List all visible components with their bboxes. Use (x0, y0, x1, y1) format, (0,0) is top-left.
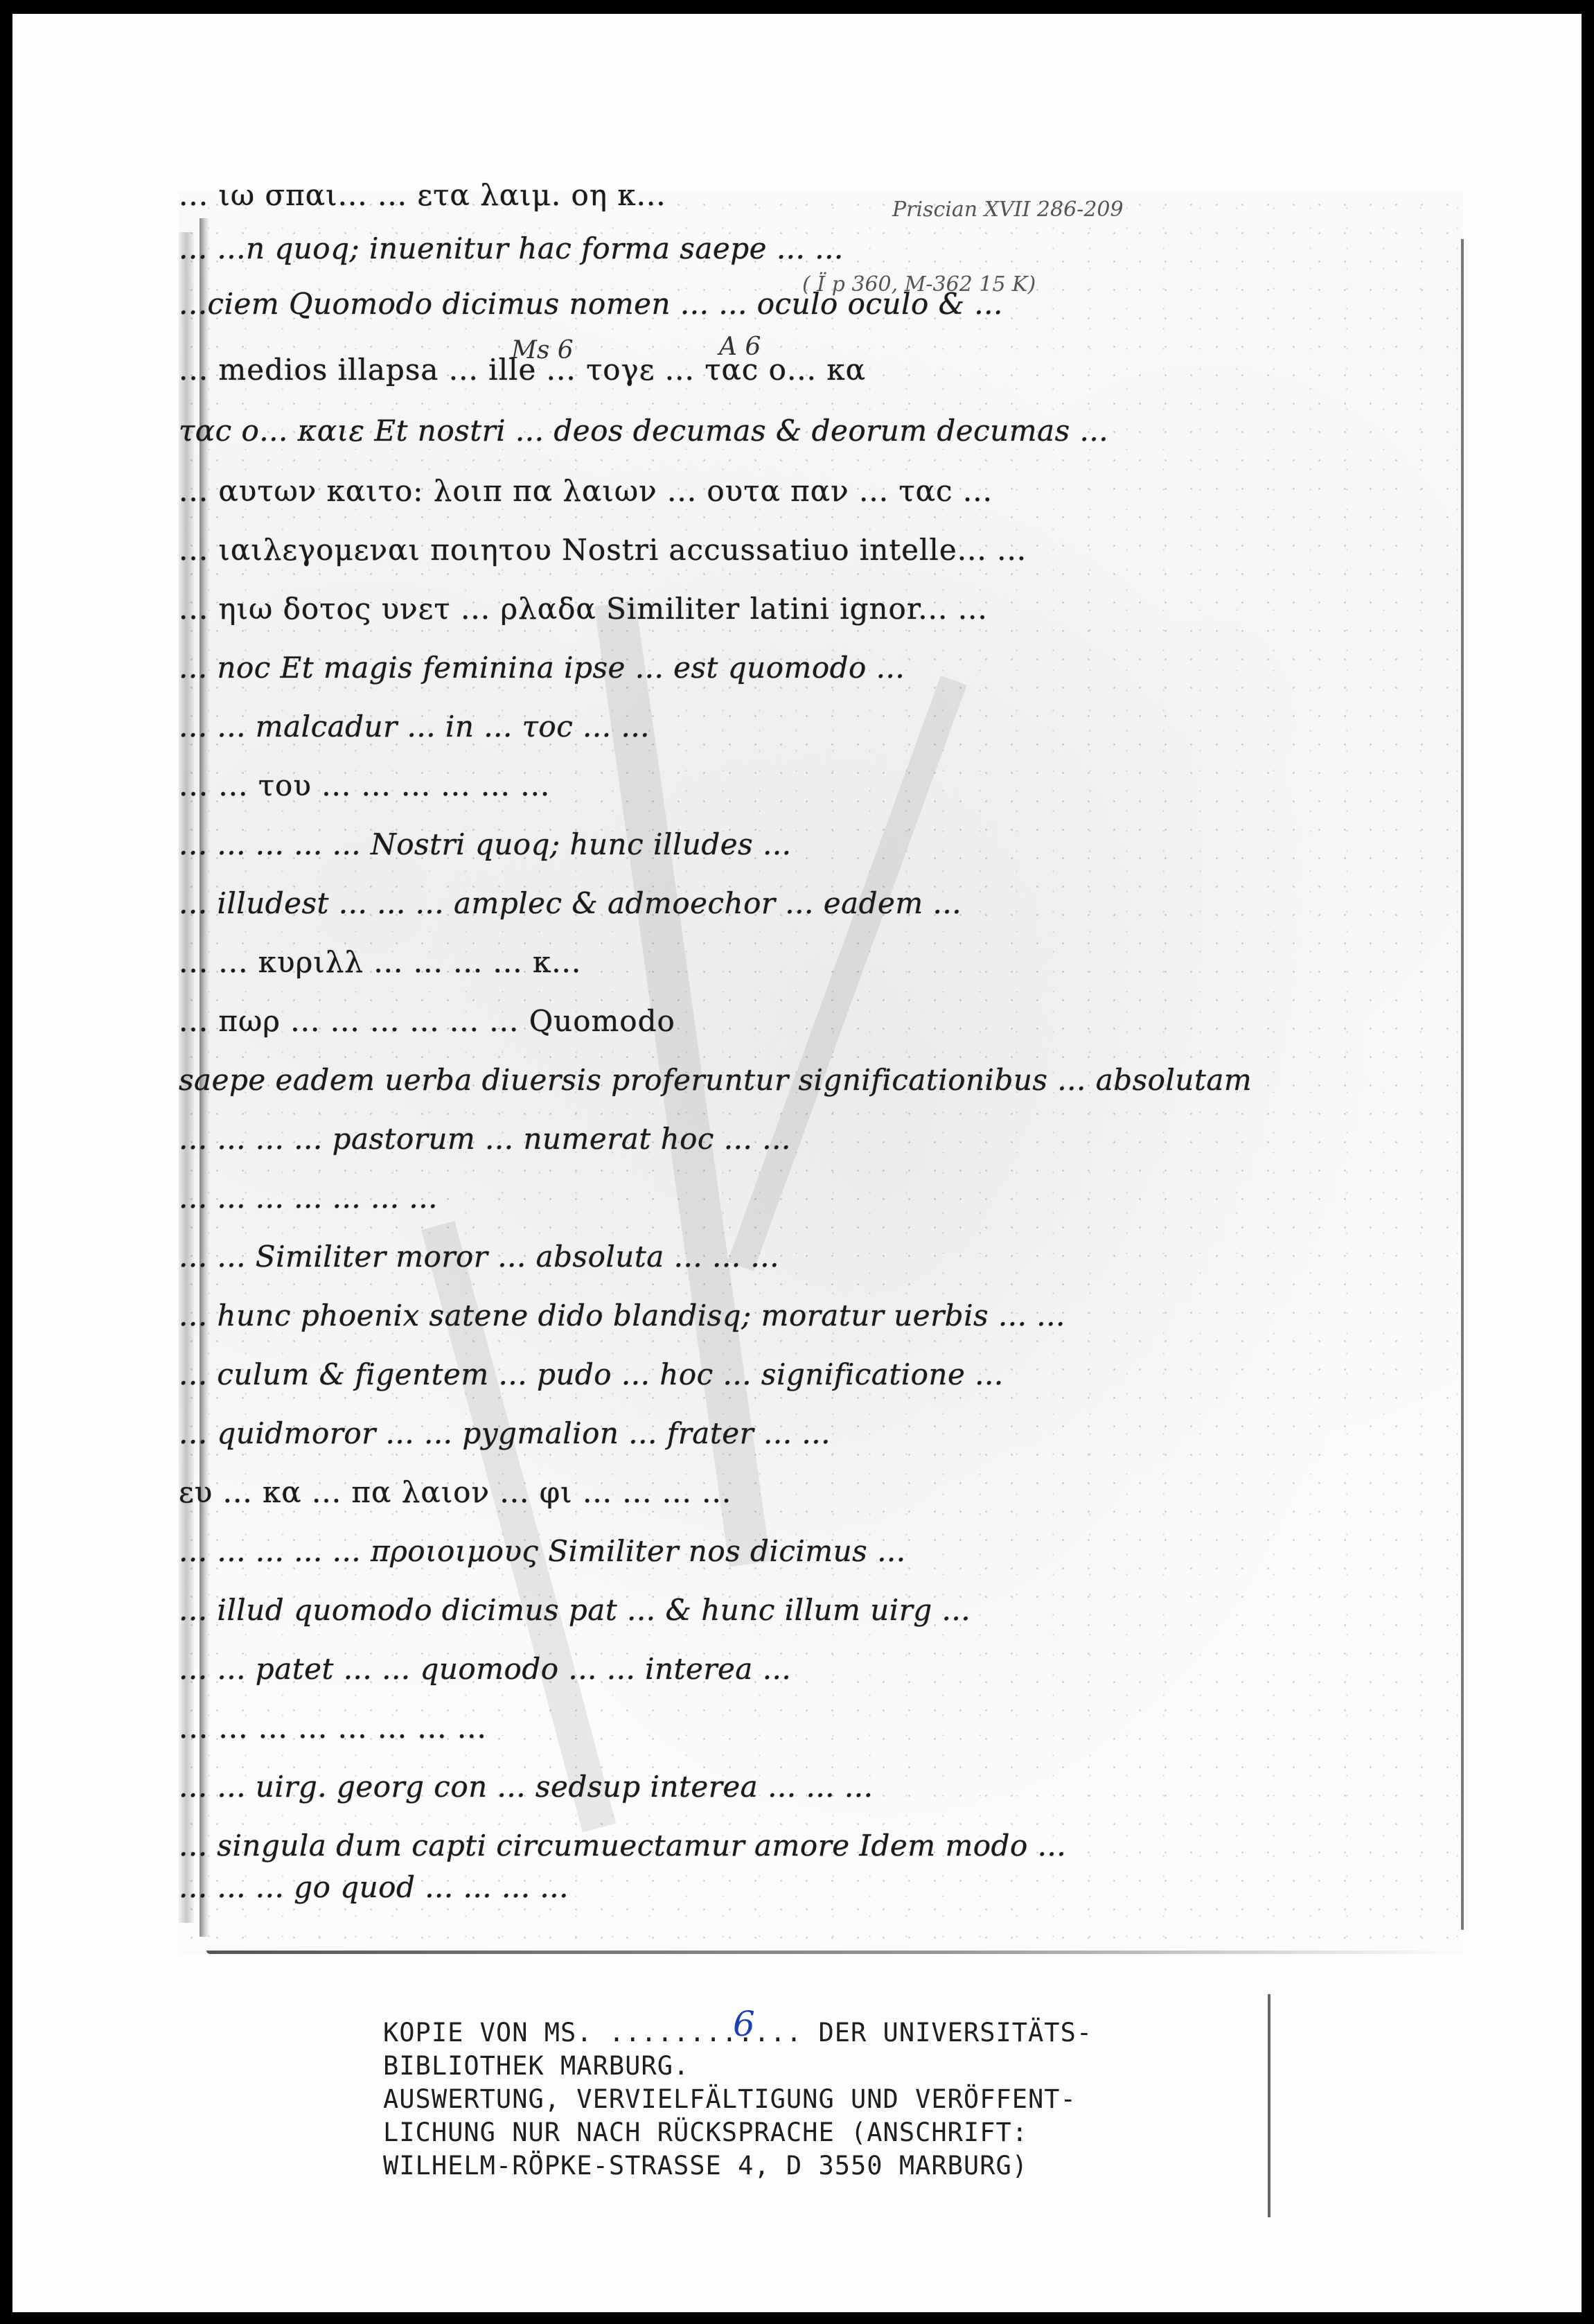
manuscript-line: saepe eadem uerba diuersis proferuntur s… (179, 1060, 1460, 1100)
manuscript-line: ... ... patet ... ... quomodo ... ... in… (179, 1649, 1460, 1689)
manuscript-line: ... noc Et magis feminina ipse ... est q… (179, 648, 1460, 688)
manuscript-line: ...ciem Quomodo dicimus nomen ... ... oc… (179, 284, 1460, 324)
manuscript-line: ... αυτων καιτο: λοιπ πα λαιων ... ουτα … (179, 471, 1460, 511)
stamp-line: LICHUNG NUR NACH RÜCKSPRACHE (ANSCHRIFT: (383, 2116, 1092, 2149)
manuscript-line: ... ... ... ... ... ... ... (179, 1178, 1460, 1218)
photocopy-sheet: Priscian XVII 286-209 ( Ï p 360, M-362 1… (12, 14, 1582, 2312)
manuscript-line: ... ... ... ... pastorum ... numerat hoc… (179, 1119, 1460, 1159)
manuscript-line: ... culum & figentem ... pudo ... hoc ..… (179, 1355, 1460, 1395)
manuscript-line: ... ... malcadur ... in ... τοc ... ... (179, 707, 1460, 747)
manuscript-leaf: Priscian XVII 286-209 ( Ï p 360, M-362 1… (179, 191, 1464, 1954)
manuscript-line: ... singula dum capti circumuectamur amo… (179, 1826, 1460, 1866)
manuscript-line: ... ... Similiter moror ... absoluta ...… (179, 1237, 1460, 1277)
stamp-line: KOPIE VON MS. ............ DER UNIVERSIT… (383, 2016, 1092, 2050)
stamp-line: WILHELM-RÖPKE-STRASSE 4, D 3550 MARBURG) (383, 2149, 1092, 2183)
manuscript-line: ... ιαιλεγομεναι ποιητου Nostri accussat… (179, 530, 1460, 570)
manuscript-line: ... πωρ ... ... ... ... ... ... Quomodo (179, 1001, 1460, 1041)
manuscript-line: ... illud quomodo dicimus pat ... & hunc… (179, 1590, 1460, 1630)
manuscript-line: ... ... ... go quod ... ... ... ... (179, 1867, 1460, 1908)
manuscript-line: ... ... ... ... ... προιοιμους Similiter… (179, 1531, 1460, 1572)
manuscript-line: ... medios illapsa ... ille ... τογε ...… (179, 350, 1460, 390)
manuscript-line: ... ... ... ... ... Nostri quoq; hunc il… (179, 825, 1460, 865)
manuscript-line: ... ... του ... ... ... ... ... ... (179, 766, 1460, 806)
stamp-line: AUSWERTUNG, VERVIELFÄLTIGUNG UND VERÖFFE… (383, 2083, 1092, 2116)
stamp-divider-line (1268, 1994, 1270, 2217)
manuscript-line: ... illudest ... ... ... amplec & admoec… (179, 883, 1460, 924)
manuscript-text: ... ιω σπαι... ... ετα λαιμ. οη κ... ...… (179, 191, 1464, 1954)
manuscript-line: ... ...n quoq; inuenitur hac forma saepe… (179, 229, 1460, 269)
manuscript-line: ... ... uirg. georg con ... sedsup inter… (179, 1767, 1460, 1807)
manuscript-line: ... ... ... ... ... ... ... ... (179, 1708, 1460, 1748)
manuscript-line: ... hunc phoenix satene dido blandisq; m… (179, 1296, 1460, 1336)
manuscript-line: ευ ... κα ... πα λαιον ... φι ... ... ..… (179, 1472, 1460, 1513)
manuscript-line: ... quidmoror ... ... pygmalion ... frat… (179, 1414, 1460, 1454)
stamp-line: BIBLIOTHEK MARBURG. (383, 2050, 1092, 2083)
library-copy-stamp: KOPIE VON MS. ............ DER UNIVERSIT… (383, 2016, 1092, 2183)
manuscript-line: ... ... κυριλλ ... ... ... ... κ... (179, 942, 1460, 983)
manuscript-line: ... ηιω δοτος υνετ ... ρλαδα Similiter l… (179, 589, 1460, 629)
manuscript-line: ταc ο... καιε Et nostri ... deos decumas… (179, 411, 1460, 451)
manuscript-line: ... ιω σπαι... ... ετα λαιμ. οη κ... (179, 175, 1460, 215)
